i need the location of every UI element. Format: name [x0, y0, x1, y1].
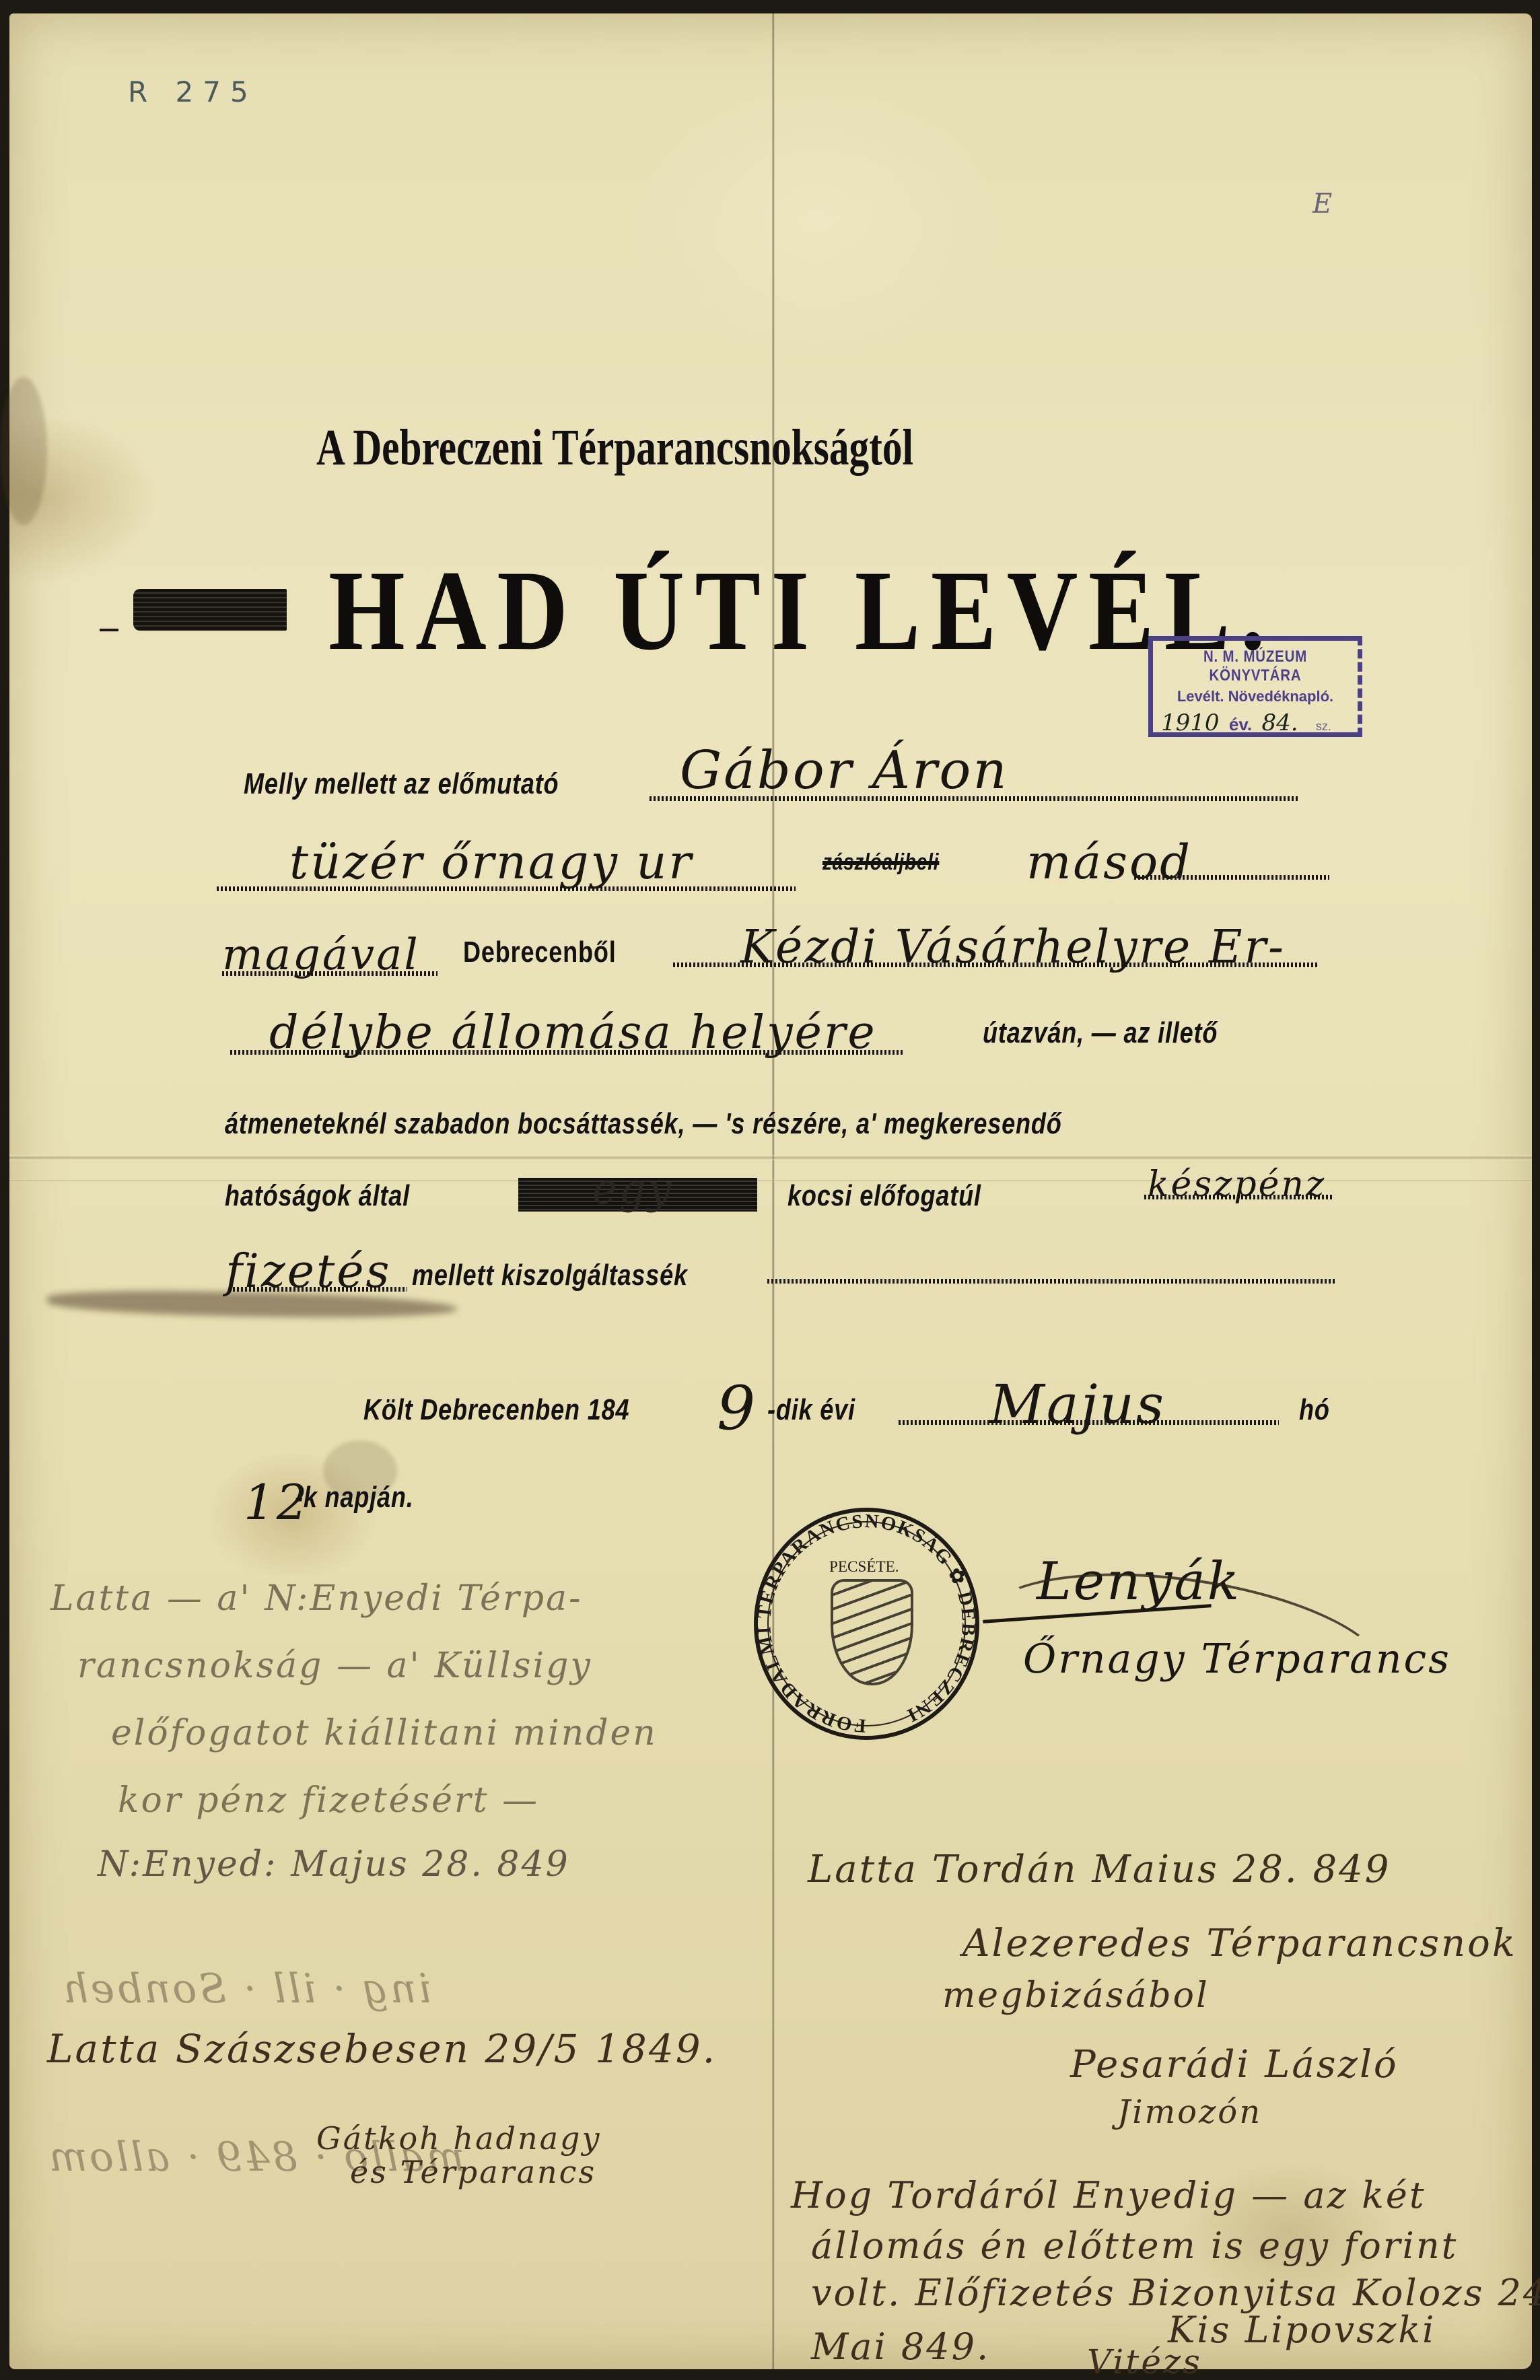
date-year-label: -dik évi — [767, 1393, 855, 1427]
fill-line — [767, 1279, 1336, 1284]
document-title: HAD ÚTI LEVÉL. — [328, 545, 1275, 676]
archive-mark: R 275 — [128, 75, 258, 108]
endorsement-role: és Térparancs — [350, 2154, 596, 2190]
endorsement-szaszsebes: Latta Szászsebesen 29/5 1849. — [47, 2026, 717, 2072]
form-label-bearer: Melly mellett az előmutató — [244, 767, 559, 801]
date-month: Majus — [989, 1373, 1166, 1436]
stamp-line-1: N. M. MÚZEUM KÖNYVTÁRA — [1168, 647, 1342, 685]
stamp-year: 1910 — [1161, 709, 1220, 736]
fill-line — [1134, 875, 1329, 880]
fill-line — [899, 1420, 1279, 1425]
stamp-number-label: sz. — [1316, 720, 1331, 733]
printed-bar — [133, 589, 287, 631]
fill-line — [673, 963, 1319, 967]
carriage-label: kocsi előfogatúl — [788, 1179, 981, 1213]
vertical-fold — [772, 13, 775, 2369]
date-place-label: Költ Debrecenben 184 — [363, 1393, 629, 1427]
struck-word: zászlóaljbeli — [823, 849, 939, 876]
endorsement-text: Alezeredes Térparancsnok — [963, 1922, 1517, 1965]
origin-label: Debrecenből — [463, 936, 617, 969]
passage-text: átmeneteknél szabadon bocsáttassék, — 's… — [225, 1107, 1062, 1141]
official-seal: FORRADALMI TÉRPARANCSNOKSÁG ✿ DEBRECZENI… — [754, 1508, 979, 1740]
endorsement-role: Jimozón — [1117, 2093, 1262, 2131]
endorsement-signature: Pesarádi László — [1070, 2043, 1399, 2087]
commander-role: Őrnagy Térparancs — [1023, 1636, 1451, 1683]
authorities-label: hatóságok által — [225, 1179, 410, 1213]
endorsement-line: rancsnokság — a' Küllsigy — [77, 1646, 592, 1686]
issuer-heading: A Debreczeni Térparancsnokságtól — [316, 419, 913, 477]
endorsement-line: Hog Tordáról Enyedig — az két — [791, 2174, 1426, 2216]
stamp-line-2: Levélt. Növedéknapló. — [1153, 688, 1358, 705]
stamp-number: 84. — [1261, 709, 1298, 736]
month-label: hó — [1299, 1393, 1330, 1427]
fill-line — [217, 886, 796, 891]
fill-line — [1144, 1195, 1333, 1199]
endorsement-line: állomás én előttem is egy forint — [811, 2225, 1458, 2267]
endorsement-line: előfogatot kiállitani minden — [111, 1713, 658, 1753]
stamp-year-label: év. — [1229, 714, 1252, 734]
carriage-count: egy — [592, 1164, 673, 1214]
endorsement-line: kor pénz fizetésért — — [118, 1780, 539, 1821]
endorsement-date: N:Enyed: Majus 28. 849 — [98, 1844, 570, 1885]
day-label: -k napján. — [295, 1481, 414, 1514]
date-year-digit: 9 — [717, 1373, 757, 1444]
bearer-rank: tüzér őrnagy ur — [289, 835, 693, 890]
endorsement-signature: Gátkoh hadnagy — [316, 2120, 601, 2157]
endorsement-line: volt. Előfizetés Bizonyitsa Kolozs 24. — [811, 2272, 1540, 2314]
travel-label: útazván, — az illető — [983, 1016, 1218, 1050]
museum-stamp: N. M. MÚZEUM KÖNYVTÁRA Levélt. Növedékna… — [1148, 636, 1362, 737]
endorsement-line: Latta — a' N:Enyedi Térpa- — [50, 1578, 583, 1619]
endorsement-torda: Latta Tordán Maius 28. 849 — [808, 1848, 1391, 1891]
endorsement-date: Mai 849. — [811, 2325, 990, 2368]
bearer-name: Gábor Áron — [680, 740, 1009, 801]
bleed-through-text: ing · ill · Sonbeh — [61, 1965, 431, 2013]
endorsement-signature: Kis Lipovszki — [1168, 2309, 1436, 2351]
printed-tick — [100, 629, 118, 631]
endorsement-role: Vitézs — [1087, 2342, 1202, 2380]
service-label: mellett kiszolgáltassék — [412, 1259, 688, 1292]
horizontal-fold — [9, 1155, 1532, 1160]
fill-line — [222, 971, 438, 976]
rank-qualifier: másod — [1026, 835, 1192, 890]
stain — [0, 377, 47, 525]
fill-line — [229, 1287, 407, 1292]
svg-text:PECSÉTE.: PECSÉTE. — [829, 1558, 899, 1576]
stamp-line-3: 1910 év. 84. sz. — [1153, 709, 1358, 736]
corner-mark: E — [1312, 188, 1334, 219]
fill-line — [230, 1050, 903, 1055]
fill-line — [650, 796, 1299, 801]
endorsement-text: megbizásábol — [942, 1975, 1210, 2016]
